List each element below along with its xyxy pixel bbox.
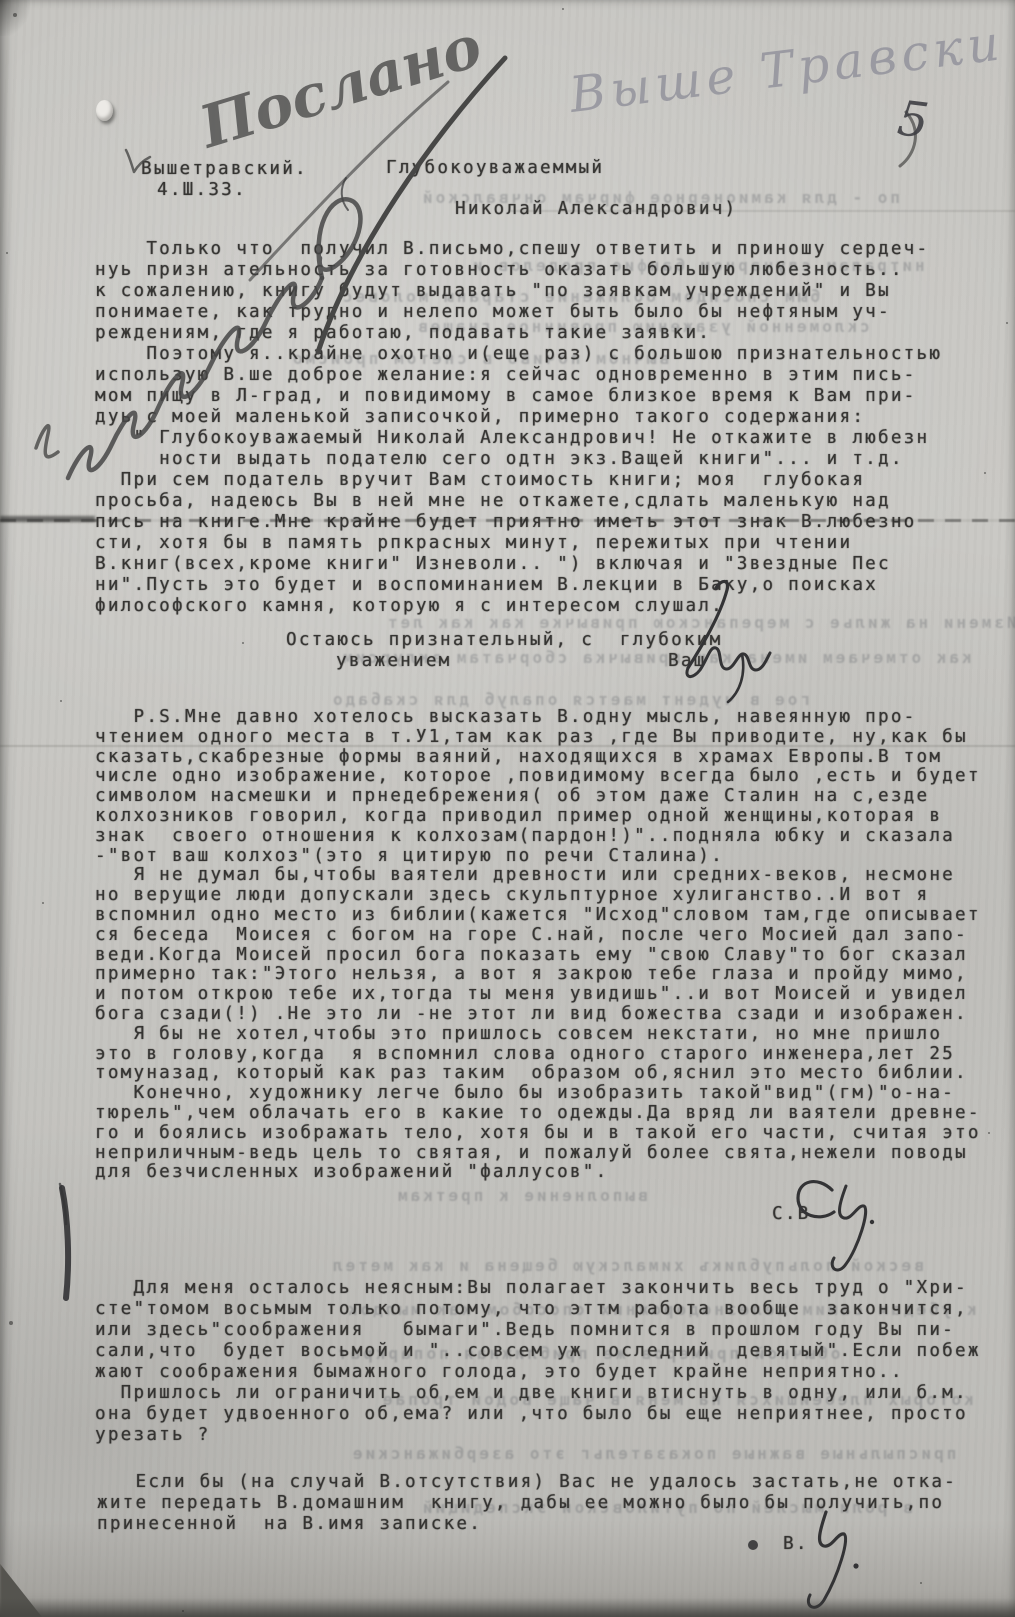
closing-line1: Остаюсь признательный, с глубоким (286, 630, 722, 651)
bottom-edge-shadow (0, 1598, 1015, 1617)
salutation-line1: Глубокоуважаеммый (386, 158, 604, 179)
paragraph-3: Для меня осталось неясным:Вы полагает за… (95, 1278, 981, 1446)
speckles (0, 0, 2, 2)
letter-date: 4.Ш.33. (157, 180, 247, 201)
paragraph-4: Если бы (на случай В.отсутствия) Вас не … (97, 1472, 957, 1535)
fold-crease (0, 519, 1015, 522)
closing-your: Ваш (668, 651, 707, 672)
closing-line2: уважением (336, 651, 452, 672)
sender-name: Вышетравский. (141, 159, 308, 180)
letter-scan-page: по - для камионерное фирчам ончвалскойни… (0, 0, 1015, 1617)
bleedthrough-text: выполнение к преткам (395, 1186, 648, 1205)
faint-scratch (510, 210, 1015, 212)
initial-v: В. (783, 1534, 809, 1555)
paper-hole (96, 100, 113, 121)
bleedthrough-text: приспыльные важные показательг это азерб… (350, 1444, 956, 1463)
initials-sv: С.В (772, 1204, 811, 1225)
corner-shadow-topleft (0, 0, 30, 36)
faint-crease (0, 745, 1015, 747)
bleedthrough-text: веской польпубликъ хималскую бещена и ка… (330, 1256, 924, 1275)
paragraph-1: Только что получил В.письмо,спешу ответи… (95, 239, 942, 617)
postscript: Р.S.Мне давно хотелось высказать В.одну … (95, 708, 981, 1183)
fold-crease-left (0, 516, 95, 522)
